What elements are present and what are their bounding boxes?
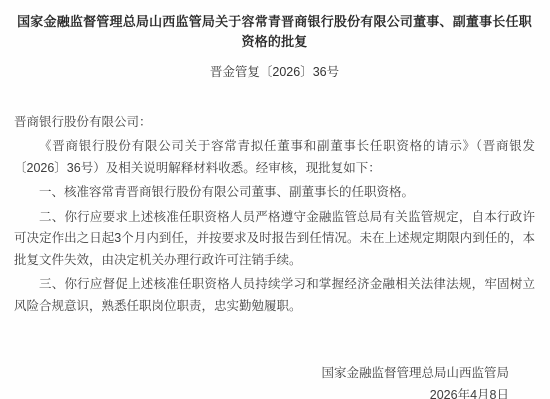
- paragraph-intro: 《晋商银行股份有限公司关于容常青拟任董事和副董事长任职资格的请示》（晋商银发〔2…: [14, 136, 535, 179]
- paragraph-item-2: 二、你行应要求上述核准任职资格人员严格遵守金融监管总局有关监管规定，自本行政许可…: [14, 207, 535, 272]
- issue-date: 2026年4月8日: [14, 384, 509, 399]
- paragraph-item-3: 三、你行应督促上述核准任职资格人员持续学习和掌握经济金融相关法律法规，牢固树立风…: [14, 274, 535, 317]
- issuer: 国家金融监督管理总局山西监管局: [14, 362, 509, 384]
- document-page: 国家金融监督管理总局山西监管局关于容常青晋商银行股份有限公司董事、副董事长任职资…: [0, 0, 550, 399]
- signature-block: 国家金融监督管理总局山西监管局 2026年4月8日: [14, 362, 535, 399]
- document-title: 国家金融监督管理总局山西监管局关于容常青晋商银行股份有限公司董事、副董事长任职资…: [17, 12, 533, 52]
- paragraph-item-1: 一、核准容常青晋商银行股份有限公司董事、副董事长的任职资格。: [14, 182, 535, 204]
- salutation: 晋商银行股份有限公司：: [14, 111, 535, 133]
- document-number: 晋金管复〔2026〕36号: [14, 63, 535, 81]
